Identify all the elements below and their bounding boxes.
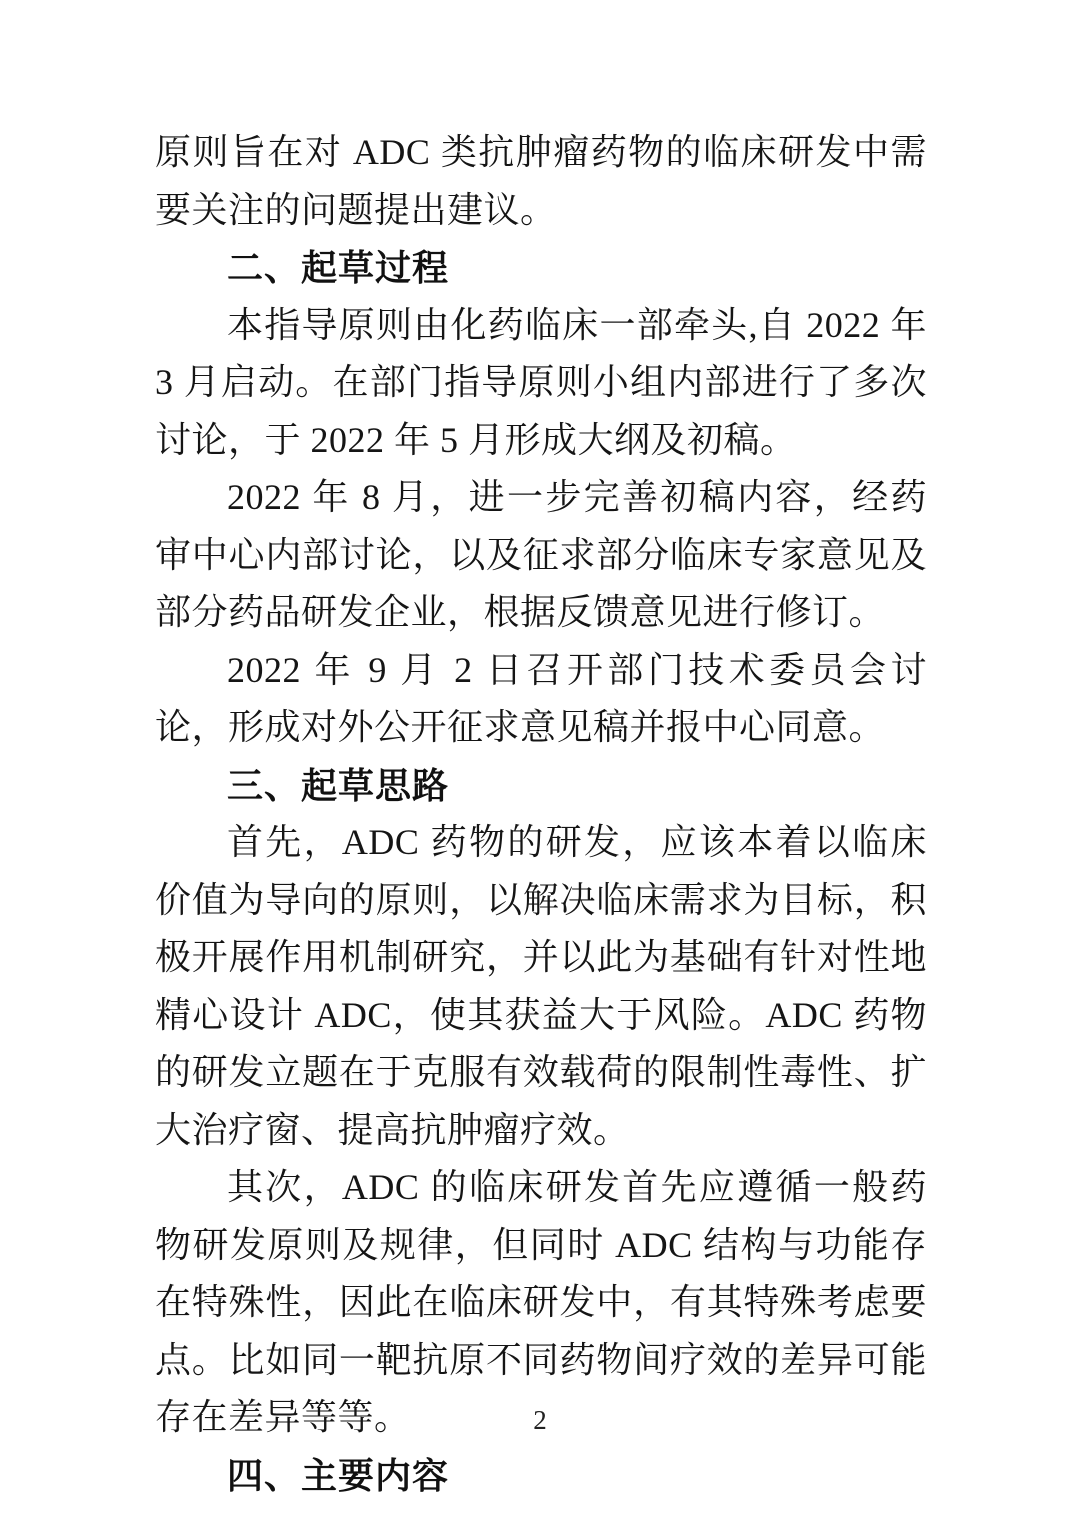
section-heading-main-content: 四、主要内容 — [155, 1447, 927, 1505]
section-heading-drafting-process: 二、起草过程 — [155, 239, 927, 297]
paragraph-first-principle: 首先，ADC 药物的研发，应该本着以临床价值为导向的原则，以解决临床需求为目标，… — [155, 814, 927, 1159]
page-content: 原则旨在对 ADC 类抗肿瘤药物的临床研发中需要关注的问题提出建议。 二、起草过… — [155, 124, 927, 1504]
page-number: 2 — [0, 1405, 1080, 1436]
paragraph-drafting-start: 本指导原则由化药临床一部牵头,自 2022 年 3 月启动。在部门指导原则小组内… — [155, 297, 927, 470]
paragraph-september-committee: 2022 年 9 月 2 日召开部门技术委员会讨论，形成对外公开征求意见稿并报中… — [155, 642, 927, 757]
paragraph-continuation: 原则旨在对 ADC 类抗肿瘤药物的临床研发中需要关注的问题提出建议。 — [155, 124, 927, 239]
document-page: 原则旨在对 ADC 类抗肿瘤药物的临床研发中需要关注的问题提出建议。 二、起草过… — [0, 0, 1080, 1527]
section-heading-drafting-approach: 三、起草思路 — [155, 757, 927, 815]
paragraph-august-revision: 2022 年 8 月，进一步完善初稿内容，经药审中心内部讨论，以及征求部分临床专… — [155, 469, 927, 642]
paragraph-second-principle: 其次，ADC 的临床研发首先应遵循一般药物研发原则及规律，但同时 ADC 结构与… — [155, 1159, 927, 1447]
